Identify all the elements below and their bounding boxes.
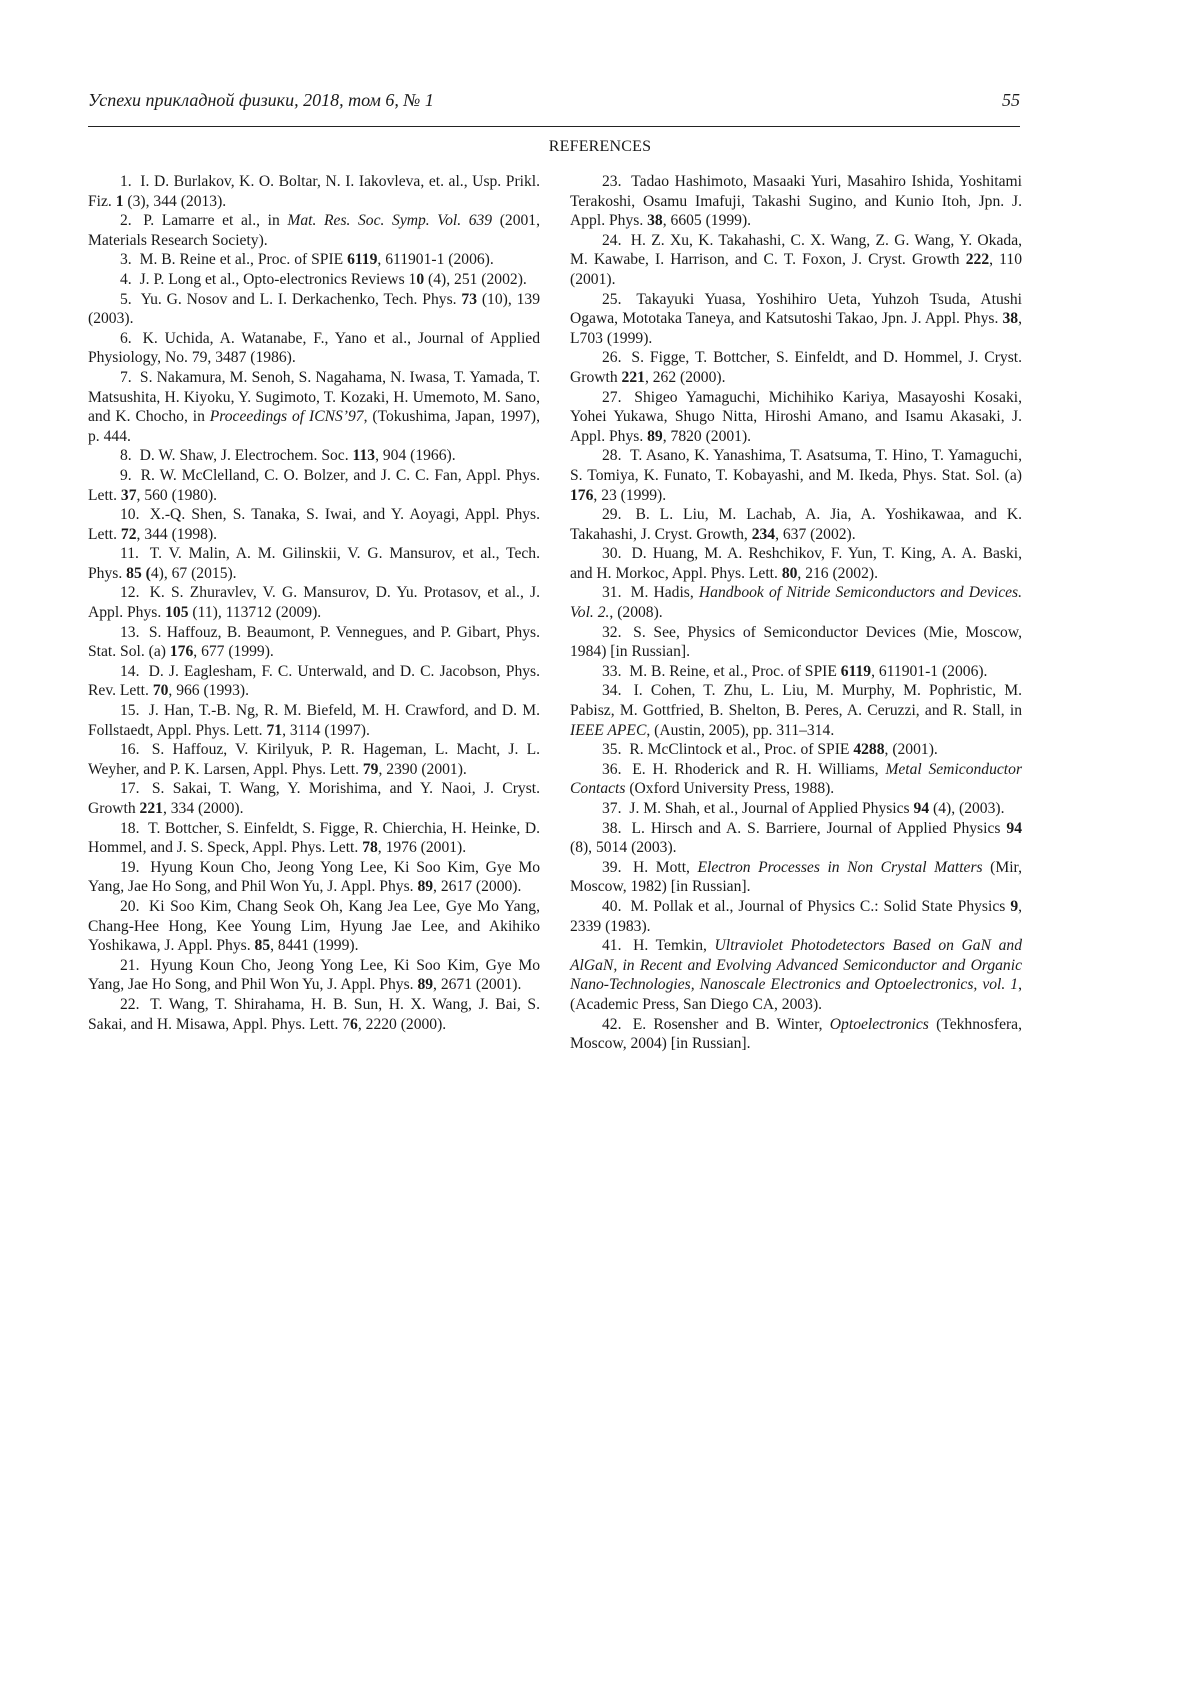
header-rule [88,126,1020,127]
reference-item: 36. E. H. Rhoderick and R. H. Williams, … [570,760,1022,799]
reference-text: Shigeo Yamaguchi, Michihiko Kariya, Masa… [570,389,1022,445]
reference-number: 38. [602,820,627,837]
reference-text: (8), 5014 (2003). [570,839,677,856]
reference-text: (Oxford University Press, 1988). [625,780,834,797]
reference-number: 28. [602,447,626,464]
reference-text: , 334 (2000). [163,800,244,817]
reference-text: , 611901-1 (2006). [377,251,493,268]
reference-number: 37. [602,800,625,817]
reference-text: Yu. G. Nosov and L. I. Derkachenko, Tech… [141,291,462,308]
reference-item: 20. Ki Soo Kim, Chang Seok Oh, Kang Jea … [88,897,540,956]
reference-text: J. P. Long et al., Opto-electronics Revi… [140,271,417,288]
reference-text: (3), 344 (2013). [124,193,227,210]
reference-text: , 344 (1998). [137,526,218,543]
reference-text: S. See, Physics of Semiconductor Devices… [570,624,1022,661]
reference-text: , 23 (1999). [593,487,666,504]
references-column-left: 1. I. D. Burlakov, K. O. Boltar, N. I. I… [88,172,540,1034]
reference-text: P. Lamarre et al., in [143,212,287,229]
reference-number: 24. [602,232,627,249]
volume-number: 78 [362,839,378,856]
reference-item: 5. Yu. G. Nosov and L. I. Derkachenko, T… [88,290,540,329]
reference-text: M. Pollak et al., Journal of Physics C.:… [631,898,1011,915]
volume-number: 38 [1003,310,1019,327]
reference-text: , 966 (1993). [168,682,249,699]
reference-text: , 7820 (2001). [663,428,751,445]
reference-number: 33. [602,663,625,680]
volume-number: 113 [353,447,376,464]
reference-text: R. McClintock et al., Proc. of SPIE [629,741,853,758]
reference-item: 7. S. Nakamura, M. Senoh, S. Nagahama, N… [88,368,540,446]
volume-number: 94 [1006,820,1022,837]
reference-text: L. Hirsch and A. S. Barriere, Journal of… [631,820,1006,837]
reference-number: 9. [120,467,137,484]
reference-item: 33. M. B. Reine, et al., Proc. of SPIE 6… [570,662,1022,682]
reference-number: 12. [120,584,146,601]
reference-text: T. Bottcher, S. Einfeldt, S. Figge, R. C… [88,820,540,857]
reference-text: , 677 (1999). [193,643,274,660]
volume-number: 6119 [841,663,871,680]
volume-number: 6119 [347,251,377,268]
reference-text: (4), 251 (2002). [424,271,527,288]
reference-item: 4. J. P. Long et al., Opto-electronics R… [88,270,540,290]
reference-item: 29. B. L. Liu, M. Lachab, A. Jia, A. Yos… [570,505,1022,544]
volume-number: 6 [350,1016,358,1033]
reference-item: 10. X.-Q. Shen, S. Tanaka, S. Iwai, and … [88,505,540,544]
reference-number: 14. [120,663,145,680]
reference-item: 13. S. Haffouz, B. Beaumont, P. Vennegue… [88,623,540,662]
reference-text: M. B. Reine et al., Proc. of SPIE [140,251,347,268]
volume-number: 80 [782,565,798,582]
reference-text: M. B. Reine, et al., Proc. of SPIE [629,663,840,680]
reference-item: 22. T. Wang, T. Shirahama, H. B. Sun, H.… [88,995,540,1034]
volume-number: 72 [121,526,137,543]
reference-item: 42. E. Rosensher and B. Winter, Optoelec… [570,1015,1022,1054]
reference-item: 3. M. B. Reine et al., Proc. of SPIE 611… [88,250,540,270]
volume-number: 176 [170,643,193,660]
reference-item: 41. H. Temkin, Ultraviolet Photodetector… [570,936,1022,1014]
reference-item: 37. J. M. Shah, et al., Journal of Appli… [570,799,1022,819]
reference-item: 40. M. Pollak et al., Journal of Physics… [570,897,1022,936]
italic-title: Mat. Res. Soc. Symp. Vol. 639 [287,212,492,229]
reference-text: D. W. Shaw, J. Electrochem. Soc. [140,447,353,464]
journal-title: Успехи прикладной физики, 2018, том 6, №… [88,90,434,111]
reference-number: 30. [602,545,628,562]
volume-number: 176 [570,487,593,504]
reference-text: , (2001). [885,741,938,758]
volume-number: 221 [622,369,645,386]
reference-text: Takayuki Yuasa, Yoshihiro Ueta, Yuhzoh T… [570,291,1022,328]
volume-number: 79 [363,761,379,778]
volume-number: 4288 [853,741,884,758]
reference-item: 28. T. Asano, K. Yanashima, T. Asatsuma,… [570,446,1022,505]
reference-item: 19. Hyung Koun Cho, Jeong Yong Lee, Ki S… [88,858,540,897]
reference-number: 10. [120,506,146,523]
volume-number: 89 [417,976,433,993]
reference-number: 22. [120,996,146,1013]
reference-number: 32. [602,624,629,641]
reference-text: T. Asano, K. Yanashima, T. Asatsuma, T. … [570,447,1022,484]
reference-number: 11. [120,545,146,562]
reference-text: , 611901-1 (2006). [871,663,987,680]
reference-item: 17. S. Sakai, T. Wang, Y. Morishima, and… [88,779,540,818]
reference-number: 35. [602,741,625,758]
reference-text: E. H. Rhoderick and R. H. Williams, [632,761,885,778]
reference-text: S. Haffouz, B. Beaumont, P. Vennegues, a… [88,624,540,661]
reference-number: 26. [602,349,627,366]
volume-number: 89 [647,428,663,445]
reference-number: 31. [602,584,627,601]
italic-title: Proceedings of ICNS’97 [210,408,364,425]
volume-number: 85 ( [126,565,151,582]
reference-number: 15. [120,702,145,719]
reference-text: H. Temkin, [633,937,714,954]
reference-number: 2. [120,212,139,229]
reference-item: 21. Hyung Koun Cho, Jeong Yong Lee, Ki S… [88,956,540,995]
reference-text: (11), 113712 (2009). [189,604,322,621]
reference-number: 16. [120,741,148,758]
reference-number: 40. [602,898,627,915]
section-title: REFERENCES [0,138,1200,156]
volume-number: 234 [752,526,775,543]
reference-text: I. Cohen, T. Zhu, L. Liu, M. Murphy, M. … [570,682,1022,719]
reference-item: 8. D. W. Shaw, J. Electrochem. Soc. 113,… [88,446,540,466]
volume-number: 222 [966,251,989,268]
reference-text: (4), (2003). [929,800,1004,817]
reference-number: 6. [120,330,139,347]
reference-item: 1. I. D. Burlakov, K. O. Boltar, N. I. I… [88,172,540,211]
reference-text: T. Wang, T. Shirahama, H. B. Sun, H. X. … [88,996,540,1033]
reference-number: 13. [120,624,145,641]
reference-number: 25. [602,291,632,308]
reference-item: 23. Tadao Hashimoto, Masaaki Yuri, Masah… [570,172,1022,231]
reference-text: , 2220 (2000). [358,1016,446,1033]
reference-number: 20. [120,898,145,915]
reference-number: 18. [120,820,144,837]
reference-number: 7. [120,369,136,386]
reference-text: , 2390 (2001). [378,761,466,778]
reference-item: 12. K. S. Zhuravlev, V. G. Mansurov, D. … [88,583,540,622]
reference-item: 27. Shigeo Yamaguchi, Michihiko Kariya, … [570,388,1022,447]
reference-text: , 904 (1966). [375,447,456,464]
reference-item: 39. H. Mott, Electron Processes in Non C… [570,858,1022,897]
reference-number: 8. [120,447,136,464]
volume-number: 37 [121,487,137,504]
reference-item: 14. D. J. Eaglesham, F. C. Unterwald, an… [88,662,540,701]
reference-item: 25. Takayuki Yuasa, Yoshihiro Ueta, Yuhz… [570,290,1022,349]
reference-item: 11. T. V. Malin, A. M. Gilinskii, V. G. … [88,544,540,583]
reference-number: 4. [120,271,136,288]
reference-item: 31. M. Hadis, Handbook of Nitride Semico… [570,583,1022,622]
reference-text: , 262 (2000). [645,369,726,386]
volume-number: 1 [116,193,124,210]
reference-item: 18. T. Bottcher, S. Einfeldt, S. Figge, … [88,819,540,858]
reference-text: , 1976 (2001). [378,839,466,856]
reference-text: , 216 (2002). [797,565,878,582]
reference-text: H. Z. Xu, K. Takahashi, C. X. Wang, Z. G… [570,232,1022,269]
reference-text: J. M. Shah, et al., Journal of Applied P… [629,800,913,817]
italic-title: IEEE APEC [570,722,646,739]
reference-item: 34. I. Cohen, T. Zhu, L. Liu, M. Murphy,… [570,681,1022,740]
volume-number: 73 [461,291,477,308]
reference-text: , 637 (2002). [775,526,856,543]
volume-number: 85 [255,937,271,954]
reference-item: 16. S. Haffouz, V. Kirilyuk, P. R. Hagem… [88,740,540,779]
reference-text: , 3114 (1997). [282,722,370,739]
volume-number: 89 [417,878,433,895]
reference-text: , 8441 (1999). [270,937,358,954]
reference-item: 32. S. See, Physics of Semiconductor Dev… [570,623,1022,662]
reference-number: 27. [602,389,630,406]
reference-item: 26. S. Figge, T. Bottcher, S. Einfeldt, … [570,348,1022,387]
reference-number: 5. [120,291,137,308]
volume-number: 9 [1010,898,1018,915]
reference-number: 29. [602,506,631,523]
volume-number: 221 [140,800,163,817]
page-number: 55 [1002,90,1020,111]
volume-number: 105 [165,604,188,621]
reference-text: , 560 (1980). [137,487,218,504]
reference-number: 1. [120,173,136,190]
reference-text: H. Mott, [633,859,697,876]
reference-text: Tadao Hashimoto, Masaaki Yuri, Masahiro … [570,173,1022,229]
references-column-right: 23. Tadao Hashimoto, Masaaki Yuri, Masah… [570,172,1022,1054]
volume-number: 70 [153,682,169,699]
reference-number: 34. [602,682,630,699]
reference-item: 38. L. Hirsch and A. S. Barriere, Journa… [570,819,1022,858]
volume-number: 94 [914,800,930,817]
reference-text: , 2617 (2000). [433,878,521,895]
volume-number: 71 [266,722,282,739]
reference-item: 30. D. Huang, M. A. Reshchikov, F. Yun, … [570,544,1022,583]
italic-title: Optoelectronics [830,1016,929,1033]
reference-number: 36. [602,761,628,778]
reference-text: K. Uchida, A. Watanabe, F., Yano et al.,… [88,330,540,367]
reference-text: , 6605 (1999). [663,212,751,229]
reference-text: E. Rosensher and B. Winter, [633,1016,830,1033]
volume-number: 0 [416,271,424,288]
reference-text: 4), 67 (2015). [151,565,237,582]
reference-number: 41. [602,937,629,954]
reference-text: , 2671 (2001). [433,976,521,993]
italic-title: Electron Processes in Non Crystal Matter… [697,859,982,876]
reference-text: M. Hadis, [631,584,699,601]
reference-item: 9. R. W. McClelland, C. O. Bolzer, and J… [88,466,540,505]
running-header: Успехи прикладной физики, 2018, том 6, №… [88,90,1020,116]
reference-number: 17. [120,780,148,797]
reference-text: , (Austin, 2005), pp. 311–314. [646,722,834,739]
reference-number: 23. [602,173,627,190]
reference-item: 6. K. Uchida, A. Watanabe, F., Yano et a… [88,329,540,368]
reference-item: 24. H. Z. Xu, K. Takahashi, C. X. Wang, … [570,231,1022,290]
reference-text: , (2008). [609,604,662,621]
reference-number: 19. [120,859,146,876]
reference-number: 21. [120,957,146,974]
reference-item: 15. J. Han, T.-B. Ng, R. M. Biefeld, M. … [88,701,540,740]
reference-text: S. Haffouz, V. Kirilyuk, P. R. Hageman, … [88,741,540,778]
reference-number: 3. [120,251,136,268]
reference-number: 39. [602,859,629,876]
volume-number: 38 [647,212,663,229]
reference-item: 35. R. McClintock et al., Proc. of SPIE … [570,740,1022,760]
reference-item: 2. P. Lamarre et al., in Mat. Res. Soc. … [88,211,540,250]
reference-number: 42. [602,1016,629,1033]
